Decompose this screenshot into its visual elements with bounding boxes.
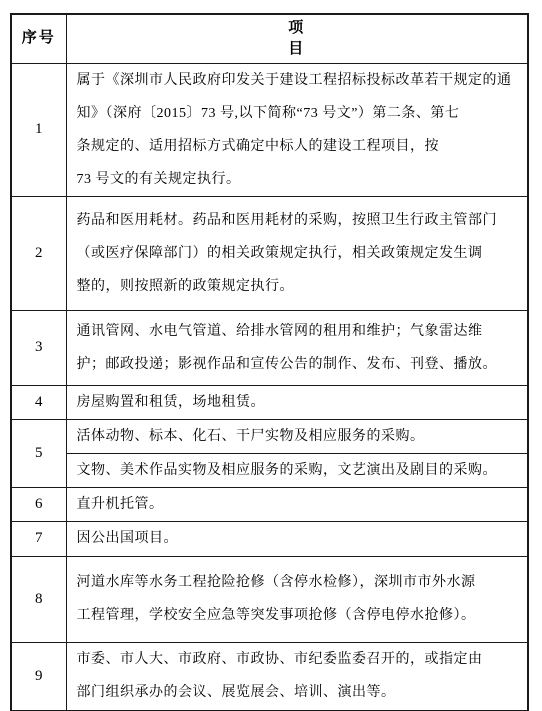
- row-2-number: 2: [11, 196, 66, 310]
- header-serial-number: 序号: [11, 14, 66, 63]
- exemption-items-table: 序号 项 目 1 属于《深圳市人民政府印发关于建设工程招标投标改革若干规定的通 …: [10, 13, 529, 711]
- row-5-number: 5: [11, 419, 66, 487]
- row-5-content-a: 活体动物、标本、化石、干尸实物及相应服务的采购。: [66, 419, 528, 453]
- row-1-number: 1: [11, 63, 66, 196]
- row-1-content: 属于《深圳市人民政府印发关于建设工程招标投标改革若干规定的通 知》（深府〔201…: [66, 63, 528, 196]
- row-3-content: 通讯管网、水电气管道、给排水管网的租用和维护；气象雷达维 护；邮政投递；影视作品…: [66, 310, 528, 385]
- row-6-number: 6: [11, 487, 66, 521]
- row-3-number: 3: [11, 310, 66, 385]
- row-9-number: 9: [11, 642, 66, 711]
- row-8-number: 8: [11, 556, 66, 642]
- row-8-content: 河道水库等水务工程抢险抢修（含停水检修），深圳市市外水源 工程管理，学校安全应急…: [66, 556, 528, 642]
- table-row: 1 属于《深圳市人民政府印发关于建设工程招标投标改革若干规定的通 知》（深府〔2…: [11, 63, 528, 196]
- table-row: 8 河道水库等水务工程抢险抢修（含停水检修），深圳市市外水源 工程管理，学校安全…: [11, 556, 528, 642]
- table-row: 2 药品和医用耗材。药品和医用耗材的采购，按照卫生行政主管部门 （或医疗保障部门…: [11, 196, 528, 310]
- row-4-content: 房屋购置和租赁，场地租赁。: [66, 385, 528, 419]
- table-row: 7 因公出国项目。: [11, 521, 528, 556]
- header-project: 项 目: [66, 14, 528, 63]
- table-row: 9 市委、市人大、市政府、市政协、市纪委监委召开的，或指定由 部门组织承办的会议…: [11, 642, 528, 711]
- table-row: 文物、美术作品实物及相应服务的采购，文艺演出及剧目的采购。: [11, 453, 528, 487]
- row-5-content-b: 文物、美术作品实物及相应服务的采购，文艺演出及剧目的采购。: [66, 453, 528, 487]
- row-6-content: 直升机托管。: [66, 487, 528, 521]
- table-row: 5 活体动物、标本、化石、干尸实物及相应服务的采购。: [11, 419, 528, 453]
- row-4-number: 4: [11, 385, 66, 419]
- row-7-content: 因公出国项目。: [66, 521, 528, 556]
- table-row: 6 直升机托管。: [11, 487, 528, 521]
- table-row: 4 房屋购置和租赁，场地租赁。: [11, 385, 528, 419]
- row-2-content: 药品和医用耗材。药品和医用耗材的采购，按照卫生行政主管部门 （或医疗保障部门）的…: [66, 196, 528, 310]
- row-7-number: 7: [11, 521, 66, 556]
- table-row: 3 通讯管网、水电气管道、给排水管网的租用和维护；气象雷达维 护；邮政投递；影视…: [11, 310, 528, 385]
- row-9-content: 市委、市人大、市政府、市政协、市纪委监委召开的，或指定由 部门组织承办的会议、展…: [66, 642, 528, 711]
- table-header-row: 序号 项 目: [11, 14, 528, 63]
